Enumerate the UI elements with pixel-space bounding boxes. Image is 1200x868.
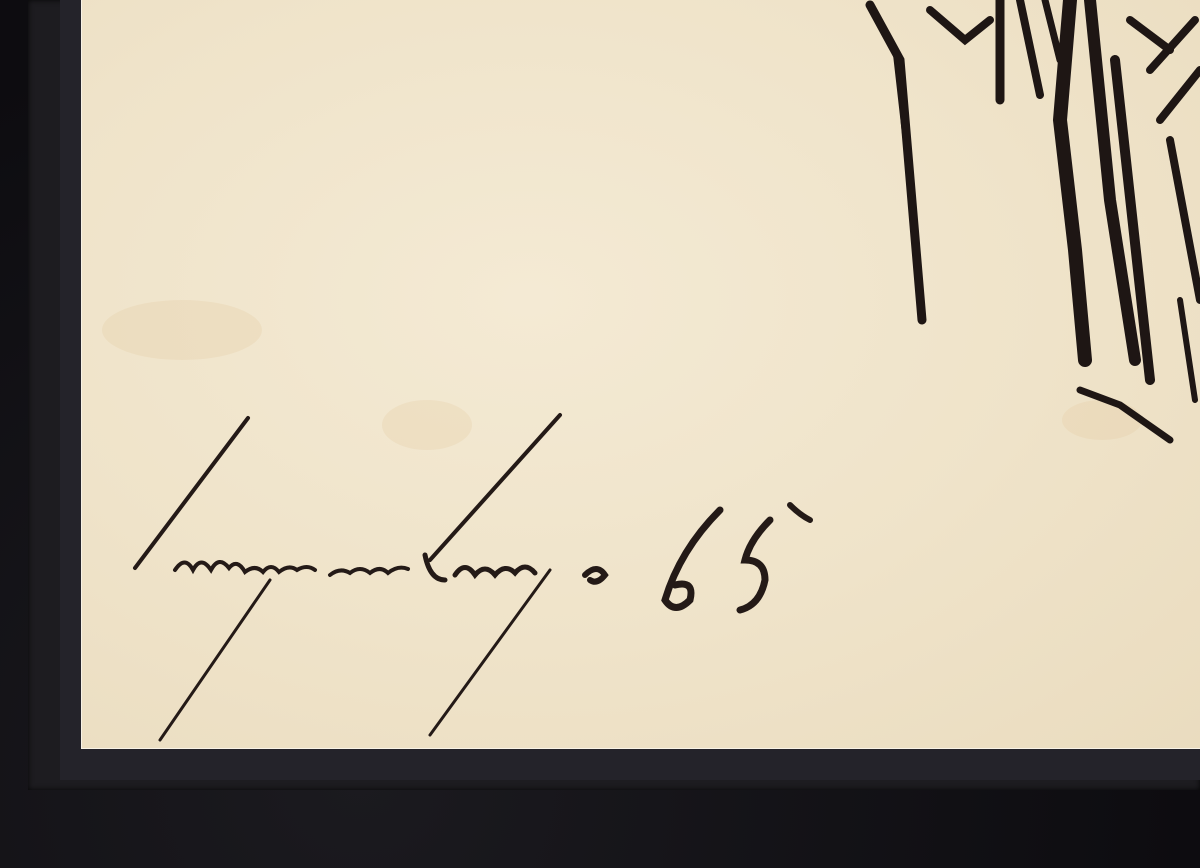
frame: Leys 65 [0,0,1200,868]
signature [135,415,810,740]
signature-label: Leys 65 [140,540,146,542]
ink-drawing [0,0,1200,868]
